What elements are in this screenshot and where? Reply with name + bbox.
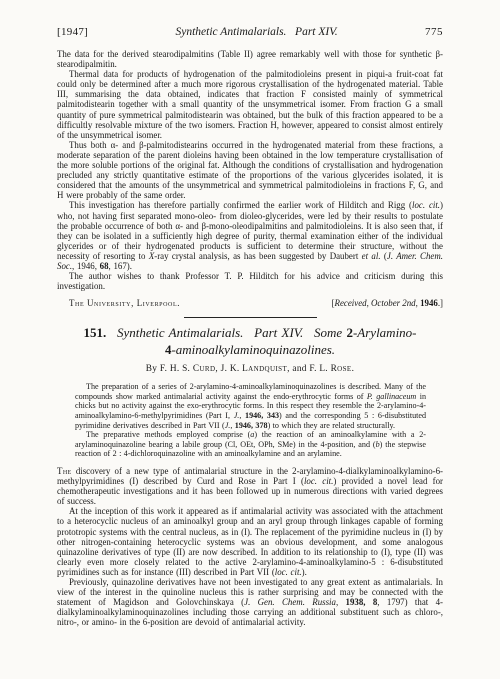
journal-page: [1947] Synthetic Antimalarials. Part XIV… — [0, 0, 500, 679]
header-year: [1947] — [57, 26, 88, 38]
header-running-title: Synthetic Antimalarials. Part XIV. — [175, 26, 337, 38]
body-paragraph: The discovery of a new type of antimalar… — [57, 466, 443, 506]
abstract-paragraph: The preparative methods employed compris… — [75, 430, 426, 459]
paragraph-continuation: The data for the derived stearodipalmiti… — [57, 49, 443, 69]
page-header: [1947] Synthetic Antimalarials. Part XIV… — [57, 26, 443, 38]
received-date: [Received, October 2nd, 1946.] — [332, 298, 443, 308]
institution-address: The University, Liverpool. — [57, 298, 180, 308]
paragraph: Thus both α- and β-palmitodistearins occ… — [57, 140, 443, 201]
article-151: 151. Synthetic Antimalarials. Part XIV. … — [57, 325, 443, 627]
header-page-number: 775 — [425, 26, 443, 38]
article-title: 151. Synthetic Antimalarials. Part XIV. … — [57, 325, 443, 358]
previous-article-end: The data for the derived stearodipalmiti… — [57, 49, 443, 308]
body-paragraph: Previously, quinazoline derivatives have… — [57, 577, 443, 627]
section-divider-rule — [184, 317, 317, 318]
paragraph: This investigation has therefore partial… — [57, 200, 443, 271]
body-paragraph: At the inception of this work it appeare… — [57, 506, 443, 577]
paragraph: Thermal data for products of hydrogenati… — [57, 69, 443, 140]
abstract-paragraph: The preparation of a series of 2-arylami… — [75, 382, 426, 430]
article-body: The discovery of a new type of antimalar… — [57, 466, 443, 628]
article-authors: By F. H. S. Curd, J. K. Landquist, and F… — [57, 364, 443, 374]
signoff-row: The University, Liverpool. [Received, Oc… — [57, 298, 443, 308]
acknowledgment-paragraph: The author wishes to thank Professor T. … — [57, 271, 443, 291]
article-abstract: The preparation of a series of 2-arylami… — [75, 382, 426, 459]
